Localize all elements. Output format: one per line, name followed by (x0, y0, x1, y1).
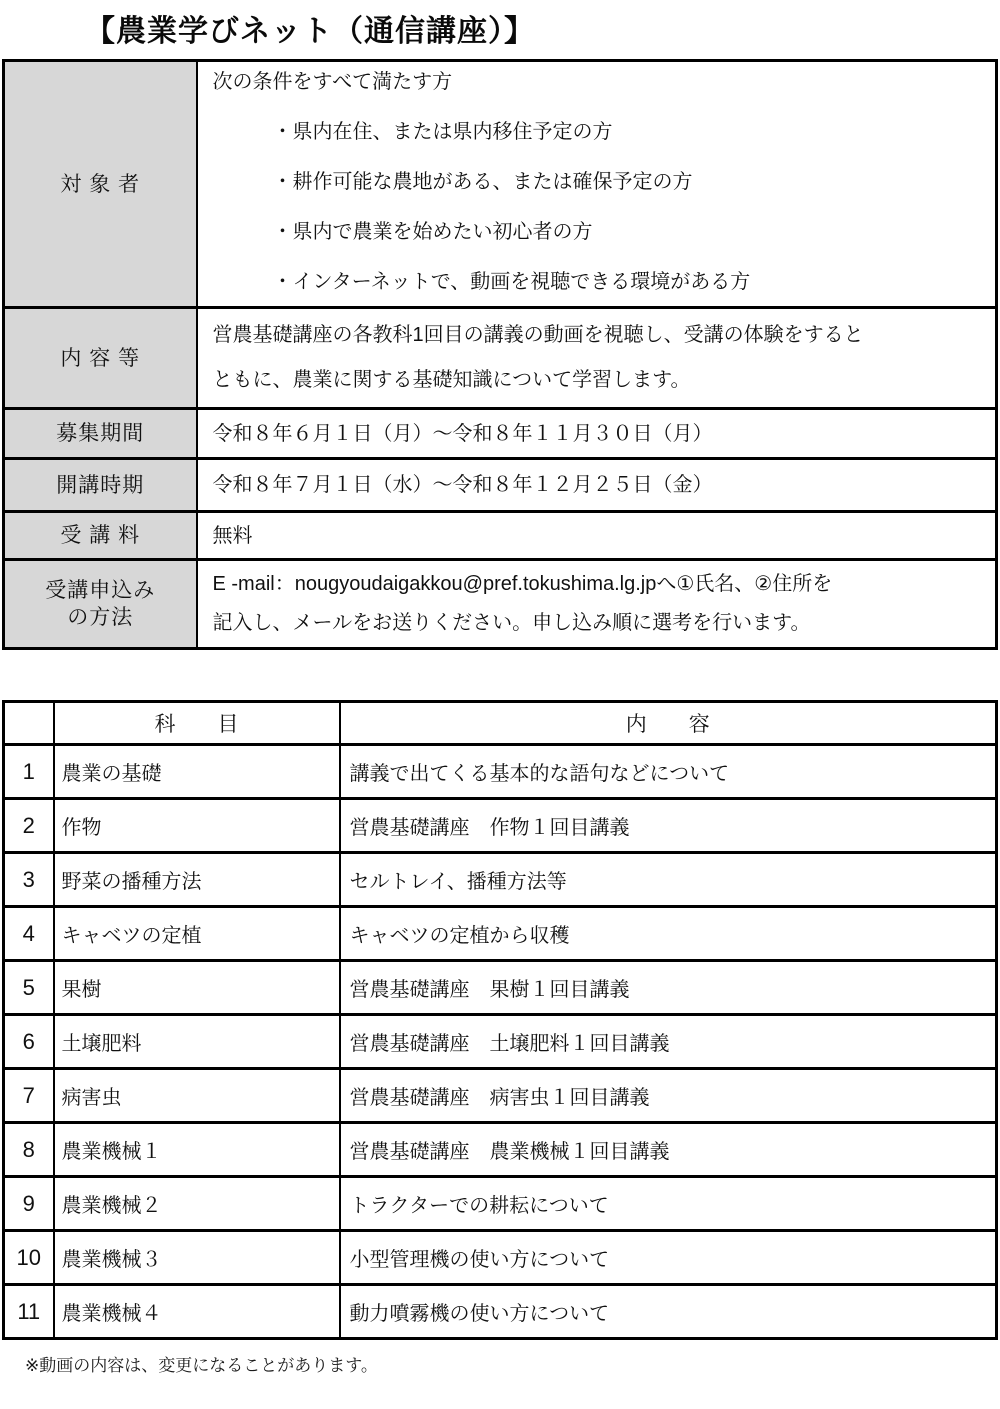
row-number: 10 (4, 1231, 54, 1285)
info-content-target-audience: 次の条件をすべて満たす方 ・県内在住、または県内移住予定の方 ・耕作可能な農地が… (197, 61, 997, 308)
row-content: トラクターでの耕耘について (340, 1177, 997, 1231)
info-label-target-audience: 対 象 者 (4, 61, 197, 308)
bullet-line: ・県内で農業を始めたい初心者の方 (273, 220, 986, 244)
row-content: 営農基礎講座 農業機械１回目講義 (340, 1123, 997, 1177)
info-content-recruitment-period: 令和８年６月１日（月）～令和８年１１月３０日（月） (197, 409, 997, 459)
curriculum-row: 7 病害虫 営農基礎講座 病害虫１回目講義 (4, 1069, 997, 1123)
row-number: 11 (4, 1285, 54, 1339)
bullet-line: ・インターネットで、動画を視聴できる環境がある方 (273, 270, 986, 294)
row-content: セルトレイ、播種方法等 (340, 853, 997, 907)
row-subject: 果樹 (54, 961, 340, 1015)
text-line: 令和８年７月１日（水）～令和８年１２月２５日（金） (213, 471, 986, 499)
course-info-table: 対 象 者 次の条件をすべて満たす方 ・県内在住、または県内移住予定の方 ・耕作… (2, 59, 998, 650)
info-label-application-method: 受講申込み の方法 (4, 560, 197, 649)
curriculum-header-no (4, 702, 54, 745)
curriculum-header-subject: 科 目 (54, 702, 340, 745)
footnote: ※動画の内容は、変更になることがあります。 (25, 1351, 1000, 1376)
curriculum-row: 4 キャベツの定植 キャベツの定植から収穫 (4, 907, 997, 961)
row-subject: 農業機械４ (54, 1285, 340, 1339)
bullet-line: ・耕作可能な農地がある、または確保予定の方 (273, 170, 986, 194)
row-content: 講義で出てくる基本的な語句などについて (340, 745, 997, 799)
row-content: 営農基礎講座 土壌肥料１回目講義 (340, 1015, 997, 1069)
curriculum-header-row: 科 目 内 容 (4, 702, 997, 745)
label-line: の方法 (6, 604, 195, 631)
info-row-recruitment-period: 募集期間 令和８年６月１日（月）～令和８年１１月３０日（月） (4, 409, 997, 459)
row-subject: 病害虫 (54, 1069, 340, 1123)
curriculum-row: 1 農業の基礎 講義で出てくる基本的な語句などについて (4, 745, 997, 799)
row-content: 営農基礎講座 果樹１回目講義 (340, 961, 997, 1015)
info-row-target-audience: 対 象 者 次の条件をすべて満たす方 ・県内在住、または県内移住予定の方 ・耕作… (4, 61, 997, 308)
info-row-application-method: 受講申込み の方法 E -mail：nougyoudaigakkou@pref.… (4, 560, 997, 649)
info-row-fee: 受 講 料 無料 (4, 512, 997, 560)
row-number: 9 (4, 1177, 54, 1231)
row-subject: 農業機械３ (54, 1231, 340, 1285)
row-subject: 農業機械２ (54, 1177, 340, 1231)
row-number: 7 (4, 1069, 54, 1123)
curriculum-row: 8 農業機械１ 営農基礎講座 農業機械１回目講義 (4, 1123, 997, 1177)
info-label-fee: 受 講 料 (4, 512, 197, 560)
row-number: 4 (4, 907, 54, 961)
row-content: 動力噴霧機の使い方について (340, 1285, 997, 1339)
text-line: E -mail：nougyoudaigakkou@pref.tokushima.… (213, 565, 986, 604)
info-content-details: 営農基礎講座の各教科1回目の講義の動画を視聴し、受講の体験をすると ともに、農業… (197, 308, 997, 409)
page-title: 【農業学びネット（通信講座）】 (85, 6, 1000, 50)
document-page: 【農業学びネット（通信講座）】 対 象 者 次の条件をすべて満たす方 ・県内在住… (0, 0, 1000, 1409)
row-subject: 農業機械１ (54, 1123, 340, 1177)
curriculum-row: 2 作物 営農基礎講座 作物１回目講義 (4, 799, 997, 853)
text-line: 次の条件をすべて満たす方 (213, 70, 986, 94)
bullet-line: ・県内在住、または県内移住予定の方 (273, 120, 986, 144)
row-subject: キャベツの定植 (54, 907, 340, 961)
info-row-details: 内 容 等 営農基礎講座の各教科1回目の講義の動画を視聴し、受講の体験をすると … (4, 308, 997, 409)
row-number: 3 (4, 853, 54, 907)
row-content: 小型管理機の使い方について (340, 1231, 997, 1285)
text-line: 記入し、メールをお送りください。申し込み順に選考を行います。 (213, 604, 986, 643)
info-label-course-period: 開講時期 (4, 459, 197, 512)
text-line: ともに、農業に関する基礎知識について学習します。 (213, 358, 986, 403)
curriculum-table: 科 目 内 容 1 農業の基礎 講義で出てくる基本的な語句などについて 2 作物… (2, 700, 998, 1340)
row-subject: 野菜の播種方法 (54, 853, 340, 907)
info-row-course-period: 開講時期 令和８年７月１日（水）～令和８年１２月２５日（金） (4, 459, 997, 512)
text-line: 無料 (213, 522, 986, 550)
curriculum-row: 9 農業機械２ トラクターでの耕耘について (4, 1177, 997, 1231)
label-line: 受講申込み (6, 577, 195, 604)
row-content: 営農基礎講座 病害虫１回目講義 (340, 1069, 997, 1123)
row-subject: 土壌肥料 (54, 1015, 340, 1069)
row-number: 1 (4, 745, 54, 799)
curriculum-row: 5 果樹 営農基礎講座 果樹１回目講義 (4, 961, 997, 1015)
row-content: 営農基礎講座 作物１回目講義 (340, 799, 997, 853)
info-label-recruitment-period: 募集期間 (4, 409, 197, 459)
info-content-fee: 無料 (197, 512, 997, 560)
info-content-application-method: E -mail：nougyoudaigakkou@pref.tokushima.… (197, 560, 997, 649)
row-number: 8 (4, 1123, 54, 1177)
row-number: 5 (4, 961, 54, 1015)
curriculum-row: 10 農業機械３ 小型管理機の使い方について (4, 1231, 997, 1285)
text-line: 令和８年６月１日（月）～令和８年１１月３０日（月） (213, 420, 986, 448)
row-number: 6 (4, 1015, 54, 1069)
info-label-details: 内 容 等 (4, 308, 197, 409)
row-subject: 作物 (54, 799, 340, 853)
curriculum-row: 6 土壌肥料 営農基礎講座 土壌肥料１回目講義 (4, 1015, 997, 1069)
curriculum-row: 3 野菜の播種方法 セルトレイ、播種方法等 (4, 853, 997, 907)
row-content: キャベツの定植から収穫 (340, 907, 997, 961)
text-line: 営農基礎講座の各教科1回目の講義の動画を視聴し、受講の体験をすると (213, 313, 986, 358)
curriculum-header-content: 内 容 (340, 702, 997, 745)
curriculum-row: 11 農業機械４ 動力噴霧機の使い方について (4, 1285, 997, 1339)
row-number: 2 (4, 799, 54, 853)
info-content-course-period: 令和８年７月１日（水）～令和８年１２月２５日（金） (197, 459, 997, 512)
row-subject: 農業の基礎 (54, 745, 340, 799)
